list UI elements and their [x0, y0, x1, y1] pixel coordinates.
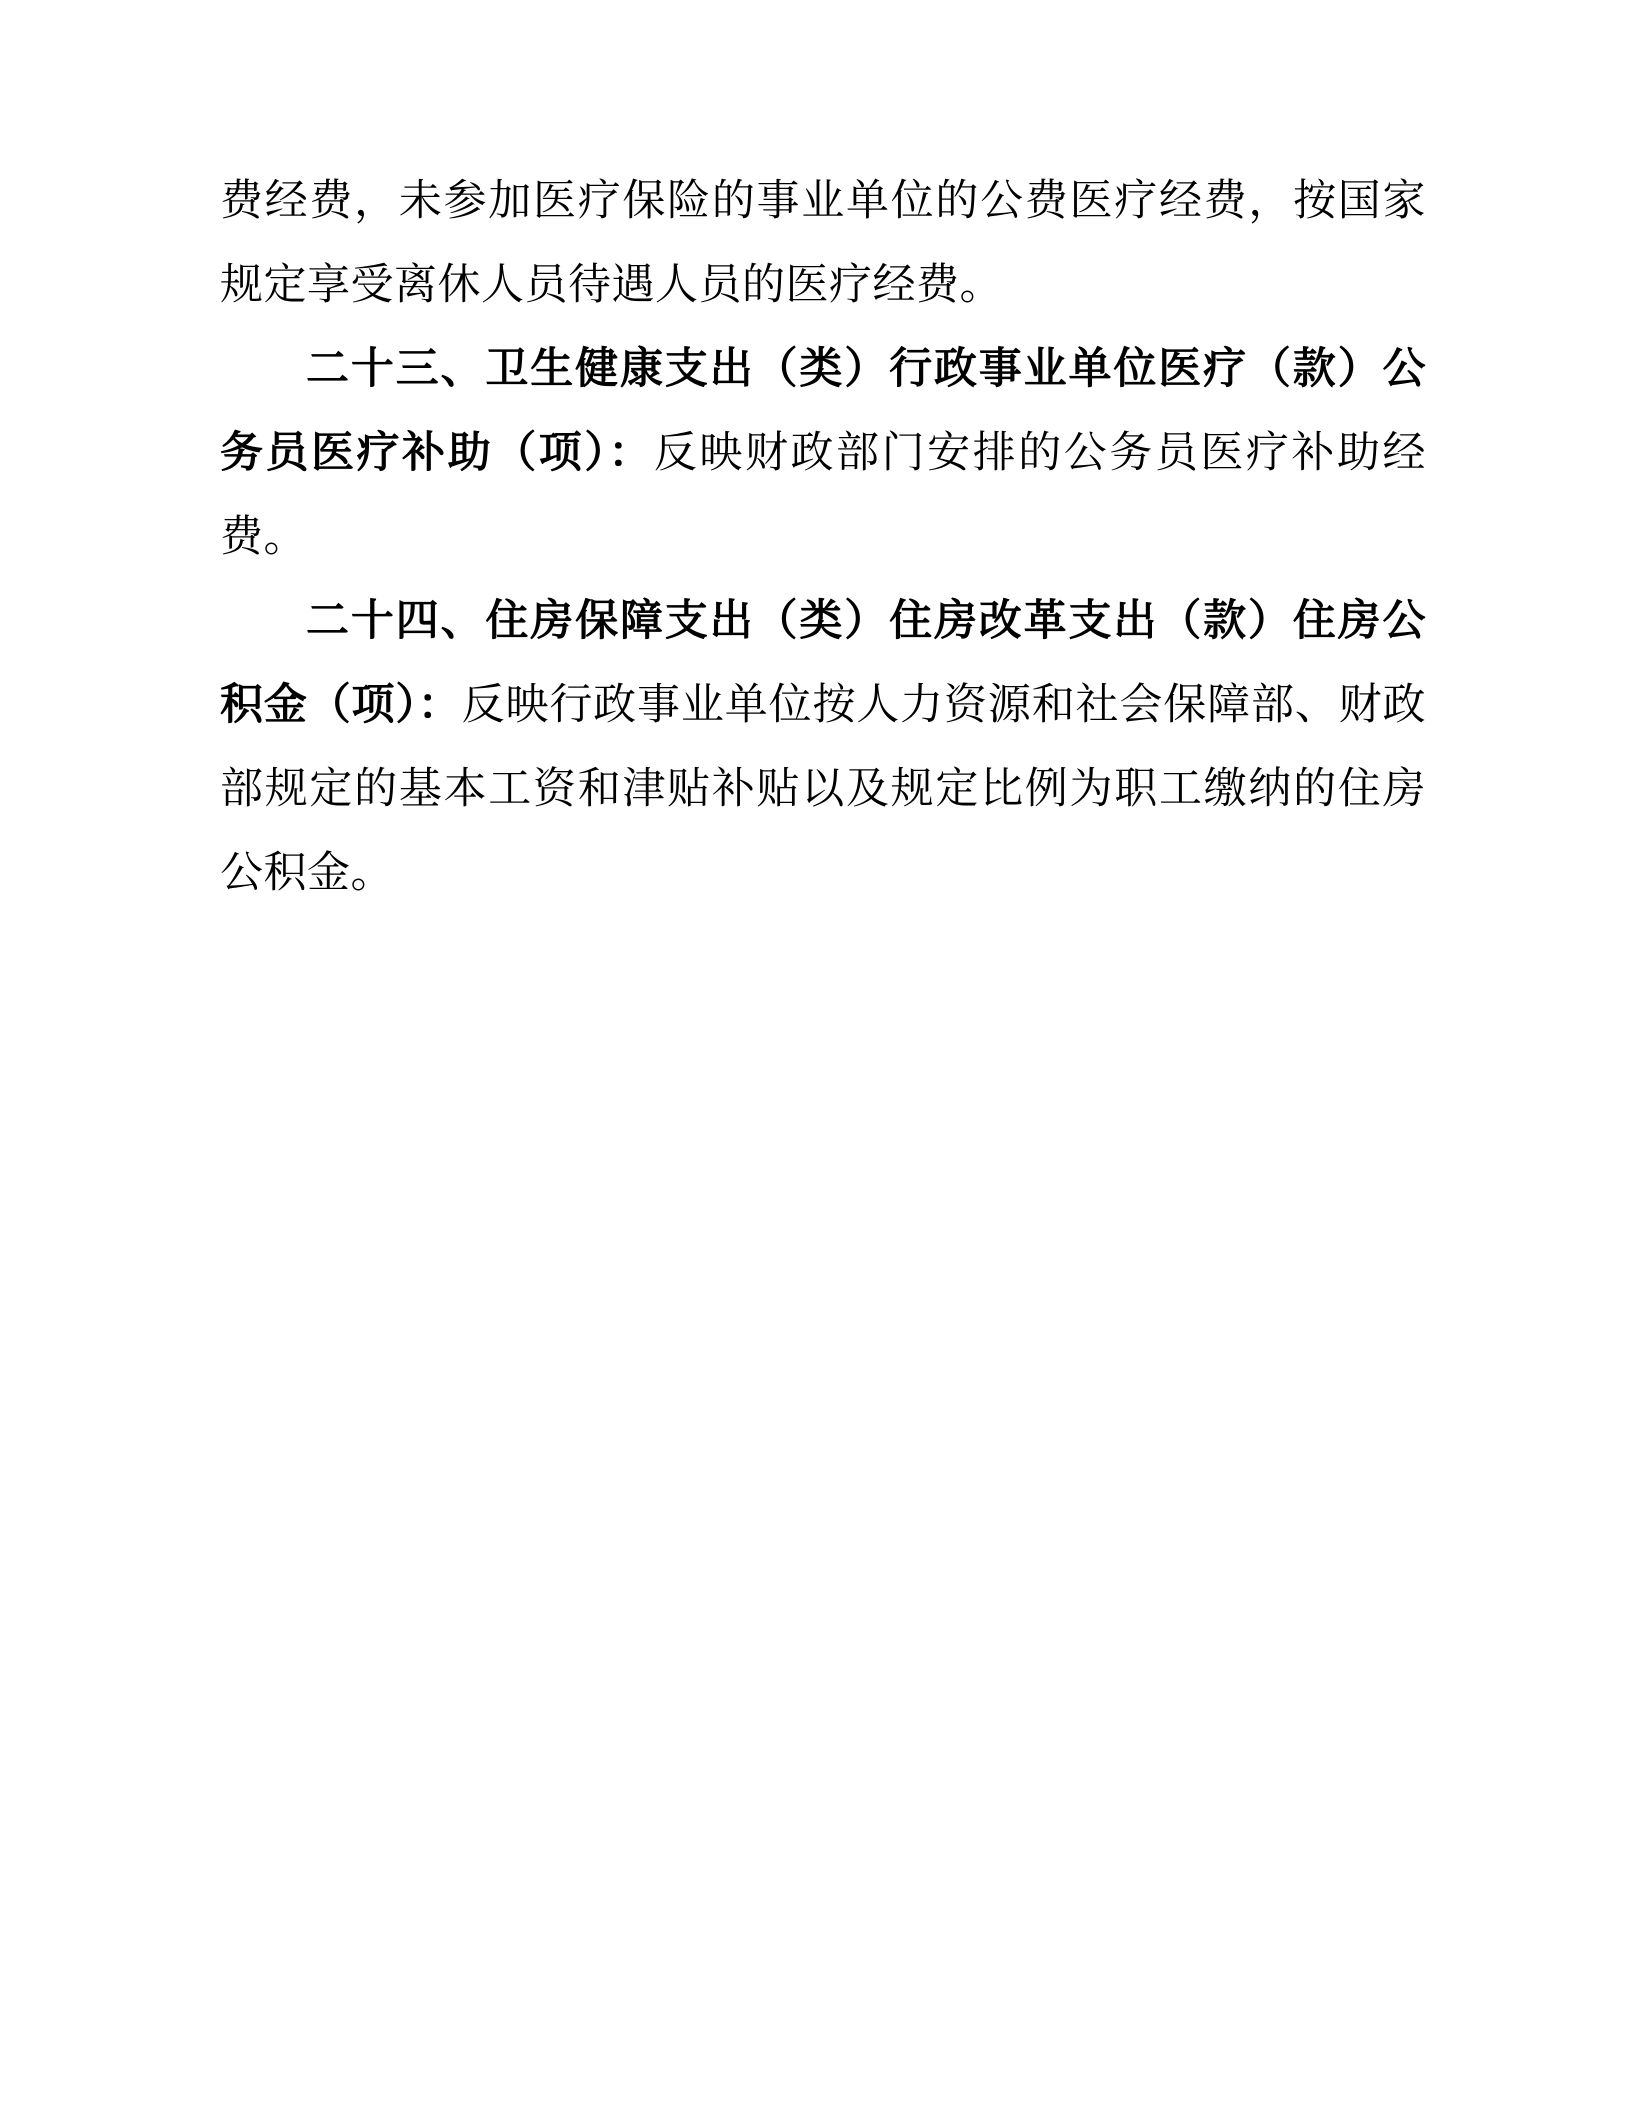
- text-run: 费经费，未参加医疗保险的事业单位的公费医疗经费，按国家规定享受离休人员待遇人员的…: [220, 178, 1426, 309]
- document-body: 费经费，未参加医疗保险的事业单位的公费医疗经费，按国家规定享受离休人员待遇人员的…: [220, 160, 1426, 916]
- paragraph: 二十四、住房保障支出（类）住房改革支出（款）住房公积金（项）：反映行政事业单位按…: [220, 580, 1426, 916]
- paragraph: 费经费，未参加医疗保险的事业单位的公费医疗经费，按国家规定享受离休人员待遇人员的…: [220, 160, 1426, 328]
- page: 费经费，未参加医疗保险的事业单位的公费医疗经费，按国家规定享受离休人员待遇人员的…: [0, 0, 1632, 2112]
- paragraph: 二十三、卫生健康支出（类）行政事业单位医疗（款）公务员医疗补助（项）：反映财政部…: [220, 328, 1426, 580]
